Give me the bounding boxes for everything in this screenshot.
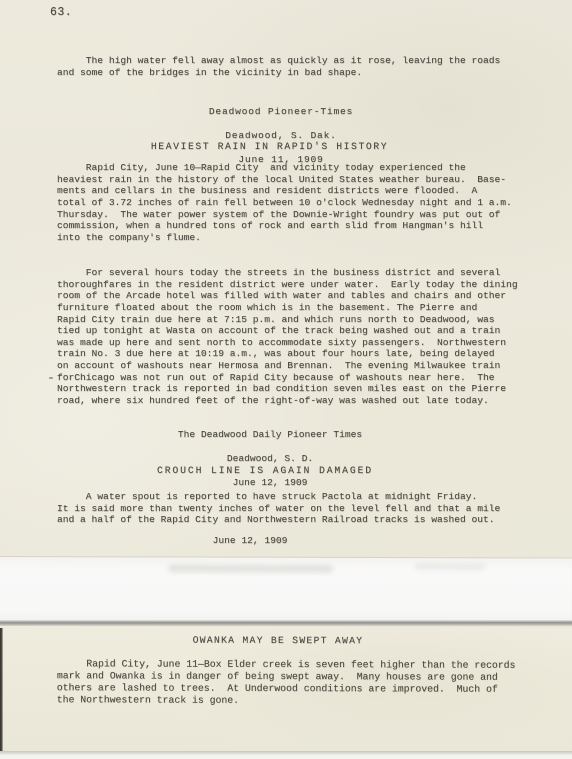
scanned-document-page: 63. The high water fell away almost as q… (0, 0, 572, 759)
scan-bottom-edge (0, 751, 572, 759)
page-number: 63. (50, 6, 72, 19)
citation-source: The Deadwood Daily Pioneer Times (0, 429, 540, 441)
pasted-blank-slip (0, 556, 572, 624)
article-paragraph-2: For several hours today the streets in t… (57, 267, 518, 407)
clipping-paragraph: Rapid City, June 11—Box Elder creek is s… (57, 658, 516, 708)
citation-block-2: The Deadwood Daily Pioneer Times Deadwoo… (0, 417, 540, 500)
article-headline-1: HEAVIEST RAIN IN RAPID'S HISTORY (0, 141, 539, 153)
article-headline-2: CROUCH LINE IS AGAIN DAMAGED (0, 465, 530, 477)
faint-smudge (168, 564, 333, 572)
article-paragraph-3: A water spout is reported to have struck… (57, 491, 500, 526)
scan-edge-shadow (0, 628, 3, 759)
faint-smudge (415, 563, 485, 570)
citation-source: Deadwood Pioneer-Times (0, 106, 562, 118)
citation-date: June 12, 1909 (0, 477, 540, 489)
slip-shadow-gap (0, 620, 572, 626)
citation-place: Deadwood, S. D. (0, 453, 540, 465)
date-line: June 12, 1909 (0, 535, 500, 547)
intro-paragraph: The high water fell away almost as quick… (57, 55, 500, 78)
article-paragraph-1: Rapid City, June 10—Rapid City and vicin… (57, 162, 512, 243)
news-clipping-strip: OWANKA MAY BE SWEPT AWAY Rapid City, Jun… (0, 626, 572, 754)
clipping-headline: OWANKA MAY BE SWEPT AWAY (0, 634, 556, 648)
citation-place: Deadwood, S. Dak. (0, 130, 562, 142)
stray-typewriter-mark (49, 377, 53, 379)
